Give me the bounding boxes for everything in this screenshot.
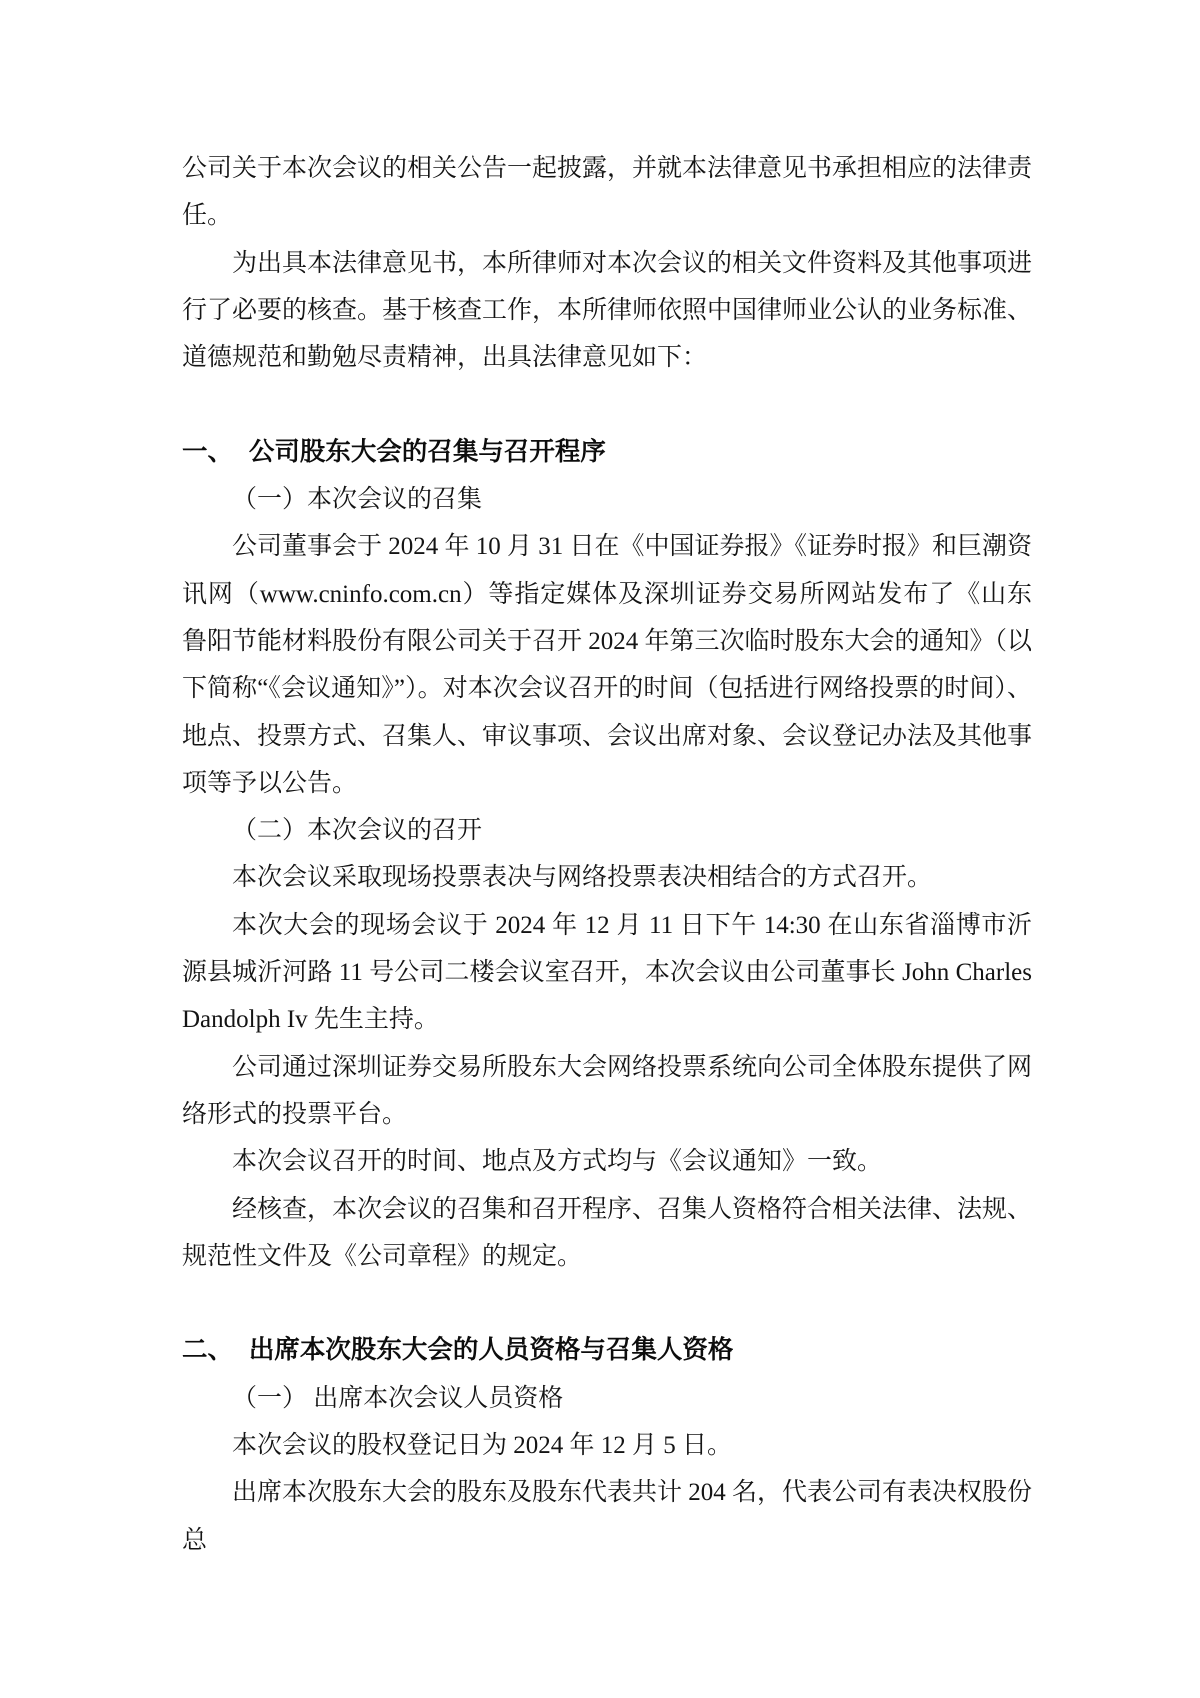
document-page: 公司关于本次会议的相关公告一起披露，并就本法律意见书承担相应的法律责任。为出具本… (0, 0, 1200, 1698)
body-paragraph: 本次会议召开的时间、地点及方式均与《会议通知》一致。 (182, 1138, 1032, 1185)
body-paragraph: （一）本次会议的召集 (182, 476, 1032, 523)
body-paragraph: 经核查，本次会议的召集和召开程序、召集人资格符合相关法律、法规、规范性文件及《公… (182, 1186, 1032, 1281)
section-heading-number: 一、 (182, 429, 233, 476)
body-paragraph: 本次会议采取现场投票表决与网络投票表决相结合的方式召开。 (182, 854, 1032, 901)
body-paragraph: 公司通过深圳证券交易所股东大会网络投票系统向公司全体股东提供了网络形式的投票平台… (182, 1044, 1032, 1139)
body-paragraph: （二）本次会议的召开 (182, 807, 1032, 854)
document-body: 公司关于本次会议的相关公告一起披露，并就本法律意见书承担相应的法律责任。为出具本… (182, 145, 1032, 1564)
body-paragraph: 本次会议的股权登记日为 2024 年 12 月 5 日。 (182, 1422, 1032, 1469)
body-paragraph: 出席本次股东大会的股东及股东代表共计 204 名，代表公司有表决权股份总 (182, 1469, 1032, 1564)
body-paragraph: 本次大会的现场会议于 2024 年 12 月 11 日下午 14:30 在山东省… (182, 902, 1032, 1044)
section-heading-number: 二、 (182, 1327, 233, 1374)
section-heading-title: 公司股东大会的召集与召开程序 (249, 438, 606, 466)
body-paragraph: 公司关于本次会议的相关公告一起披露，并就本法律意见书承担相应的法律责任。 (182, 145, 1032, 240)
body-paragraph: 公司董事会于 2024 年 10 月 31 日在《中国证券报》《证券时报》和巨潮… (182, 523, 1032, 807)
body-paragraph: 为出具本法律意见书，本所律师对本次会议的相关文件资料及其他事项进行了必要的核查。… (182, 240, 1032, 382)
section-heading: 一、公司股东大会的召集与召开程序 (182, 429, 1032, 476)
section-heading-title: 出席本次股东大会的人员资格与召集人资格 (249, 1336, 734, 1364)
section-heading: 二、出席本次股东大会的人员资格与召集人资格 (182, 1327, 1032, 1374)
body-paragraph: （一） 出席本次会议人员资格 (182, 1375, 1032, 1422)
